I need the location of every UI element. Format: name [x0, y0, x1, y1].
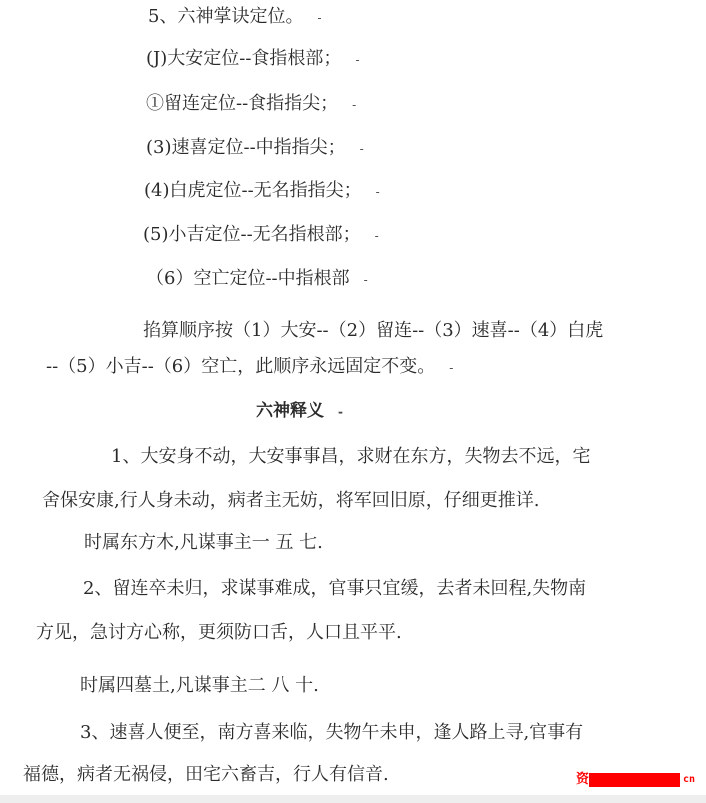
explanation-heading-text: 六神释义	[256, 401, 324, 421]
order-line-2: --（5）小吉--（6）空亡，此顺序永远固定不变。-	[46, 356, 453, 379]
entry-text: 方见，急讨方心称，更须防口舌，人口且平平.	[36, 622, 402, 643]
entry-text: 2、留连卒未归，求谋事难成，官事只宜缓，去者未回程,失物南	[83, 578, 586, 599]
paragraph-mark: -	[364, 273, 368, 287]
entry-1-time-line: 时属东方木,凡谋事主一 五 七.	[84, 532, 323, 554]
position-item: (4)白虎定位--无名指指尖；-	[144, 180, 380, 203]
position-item-text: (3)速喜定位--中指指尖；	[146, 137, 346, 158]
entry-text: 1、大安身不动，大安事事昌，求财在东方，失物去不远，宅	[111, 446, 590, 467]
paragraph-mark: -	[338, 405, 343, 419]
bottom-strip	[0, 795, 706, 803]
paragraph-mark: -	[449, 361, 453, 375]
entry-2-time-line: 时属四墓土,凡谋事主二 八 十.	[80, 675, 319, 697]
entry-text: 3、速喜人便至，南方喜来临，失物午未申，逢人路上寻,官事有	[80, 722, 583, 743]
position-item-text: (5)小吉定位--无名指根部；	[143, 224, 361, 245]
paragraph-mark: -	[355, 53, 359, 67]
position-item: (3)速喜定位--中指指尖；-	[146, 137, 364, 160]
entry-time-text: 时属东方木,凡谋事主一 五 七.	[84, 532, 323, 553]
position-item: （6）空亡定位--中指根部-	[146, 268, 368, 291]
entry-1-line-1: 1、大安身不动，大安事事昌，求财在东方，失物去不远，宅	[111, 446, 590, 468]
entry-2-line-2: 方见，急讨方心称，更须防口舌，人口且平平.	[36, 622, 402, 644]
watermark-redaction-bar	[589, 773, 680, 787]
watermark-prefix: 资	[576, 773, 589, 787]
entry-3-line-2: 福德，病者无祸侵，田宅六畜吉，行人有信音.	[23, 764, 389, 786]
paragraph-mark: -	[376, 185, 380, 199]
watermark: 资 cn	[576, 773, 695, 787]
paragraph-mark: -	[375, 229, 379, 243]
entry-2-line-1: 2、留连卒未归，求谋事难成，官事只宜缓，去者未回程,失物南	[83, 578, 586, 600]
watermark-suffix: cn	[683, 773, 695, 787]
entry-text: 舍保安康,行人身未动，病者主无妨，将军回旧原，仔细更推详.	[42, 490, 539, 511]
paragraph-mark: -	[317, 11, 321, 25]
document-page: 5、六神掌诀定位。- (J)大安定位--食指根部；- ①留连定位--食指指尖；-…	[0, 0, 706, 795]
entry-3-line-1: 3、速喜人便至，南方喜来临，失物午未申，逢人路上寻,官事有	[80, 722, 583, 744]
entry-time-text: 时属四墓土,凡谋事主二 八 十.	[80, 675, 319, 696]
explanation-heading: 六神释义-	[256, 400, 343, 423]
section-title-text: 5、六神掌诀定位。	[148, 6, 303, 27]
position-item: ①留连定位--食指指尖；-	[146, 93, 356, 116]
entry-text: 福德，病者无祸侵，田宅六畜吉，行人有信音.	[23, 764, 389, 785]
position-item-text: (4)白虎定位--无名指指尖；	[144, 180, 362, 201]
order-text: 掐算顺序按（1）大安--（2）留连--（3）速喜--（4）白虎	[143, 320, 603, 341]
position-item-text: ①留连定位--食指指尖；	[146, 93, 338, 114]
paragraph-mark: -	[352, 98, 356, 112]
section-title: 5、六神掌诀定位。-	[148, 6, 322, 29]
position-item-text: (J)大安定位--食指根部；	[146, 48, 341, 69]
order-text: --（5）小吉--（6）空亡，此顺序永远固定不变。	[46, 356, 435, 377]
position-item: (J)大安定位--食指根部；-	[146, 48, 360, 71]
order-line-1: 掐算顺序按（1）大安--（2）留连--（3）速喜--（4）白虎	[143, 320, 603, 342]
entry-1-line-2: 舍保安康,行人身未动，病者主无妨，将军回旧原，仔细更推详.	[42, 490, 539, 512]
paragraph-mark: -	[360, 142, 364, 156]
position-item: (5)小吉定位--无名指根部；-	[143, 224, 379, 247]
position-item-text: （6）空亡定位--中指根部	[146, 268, 350, 289]
